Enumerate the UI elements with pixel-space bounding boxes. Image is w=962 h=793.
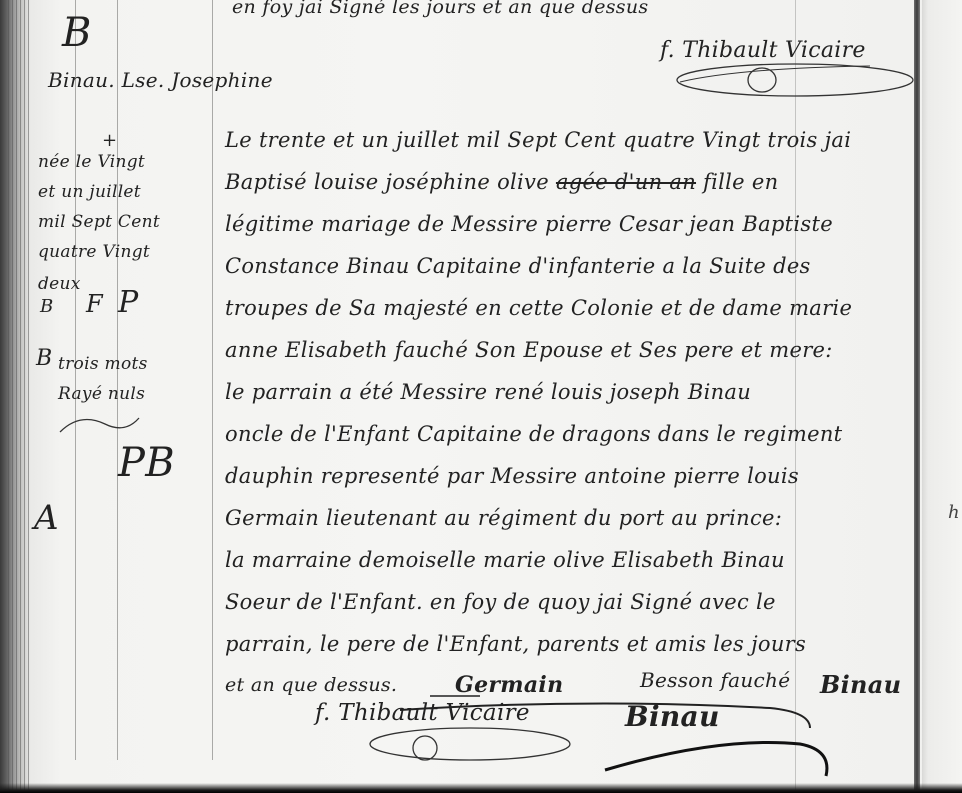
ruled-line-1 (75, 0, 76, 760)
signature-besson-fauche: Besson fauché (640, 668, 790, 692)
margin-birth-line: deux (38, 274, 81, 294)
margin-birth-line: quatre Vingt (38, 242, 150, 262)
margin-letter-mark: B (62, 10, 92, 56)
record-line-tail: fille en (703, 170, 778, 194)
margin-initial: P (118, 285, 139, 320)
record-line: légitime mariage de Messire pierre Cesar… (225, 212, 833, 236)
margin-correction-line: trois mots (58, 354, 148, 374)
record-line: troupes de Sa majesté en cette Colonie e… (225, 296, 852, 320)
margin-correction-line: Rayé nuls (58, 384, 145, 404)
adjacent-page (922, 0, 962, 793)
ruled-line-2 (117, 0, 118, 760)
record-line: Germain lieutenant au régiment du port a… (225, 506, 782, 530)
record-line: le parrain a été Messire rené louis jose… (225, 380, 751, 404)
margin-initials-pb: PB (118, 440, 175, 486)
adjacent-page-mark: h (948, 502, 960, 523)
signature-binau-flourish-icon (600, 730, 850, 780)
page-fold-edge (914, 0, 920, 793)
margin-initial-a: A (34, 498, 59, 538)
record-line: anne Elisabeth fauché Son Epouse et Ses … (225, 338, 833, 362)
record-line: dauphin representé par Messire antoine p… (225, 464, 799, 488)
signature-binau-2: Binau (625, 700, 720, 733)
record-line-closing: et an que dessus. (225, 674, 397, 696)
record-line: oncle de l'Enfant Capitaine de dragons d… (225, 422, 842, 446)
struck-words: agée d'un an (556, 170, 696, 194)
margin-birth-line: et un juillet (38, 182, 141, 202)
page-bottom-shadow (0, 783, 962, 793)
margin-initial: B (40, 296, 54, 317)
book-page-edges (8, 0, 30, 793)
record-line: la marraine demoiselle marie olive Elisa… (225, 548, 785, 572)
record-line: Soeur de l'Enfant. en foy de quoy jai Si… (225, 590, 776, 614)
record-line: Le trente et un juillet mil Sept Cent qu… (225, 128, 851, 152)
previous-entry-closing: en foy jai Signé les jours et an que des… (232, 0, 648, 18)
margin-birth-line: née le Vingt (38, 152, 145, 172)
register-page: en foy jai Signé les jours et an que des… (0, 0, 962, 793)
signature-flourish-icon (670, 58, 920, 108)
margin-name-header: Binau. Lse. Josephine (48, 68, 273, 92)
margin-initial: F (86, 290, 103, 318)
ruled-line-margin (212, 0, 213, 760)
record-line-text: Baptisé louise joséphine olive (225, 170, 549, 194)
margin-cross: + (102, 130, 117, 151)
margin-initial: B (36, 346, 52, 371)
margin-flourish-icon (55, 410, 145, 440)
record-line: parrain, le pere de l'Enfant, parents et… (225, 632, 806, 656)
record-line: Constance Binau Capitaine d'infanterie a… (225, 254, 811, 278)
record-line: Baptisé louise joséphine olive agée d'un… (225, 170, 778, 194)
ruled-line-right (795, 0, 796, 793)
signature-flourish-icon (360, 722, 580, 772)
margin-birth-line: mil Sept Cent (38, 212, 160, 232)
